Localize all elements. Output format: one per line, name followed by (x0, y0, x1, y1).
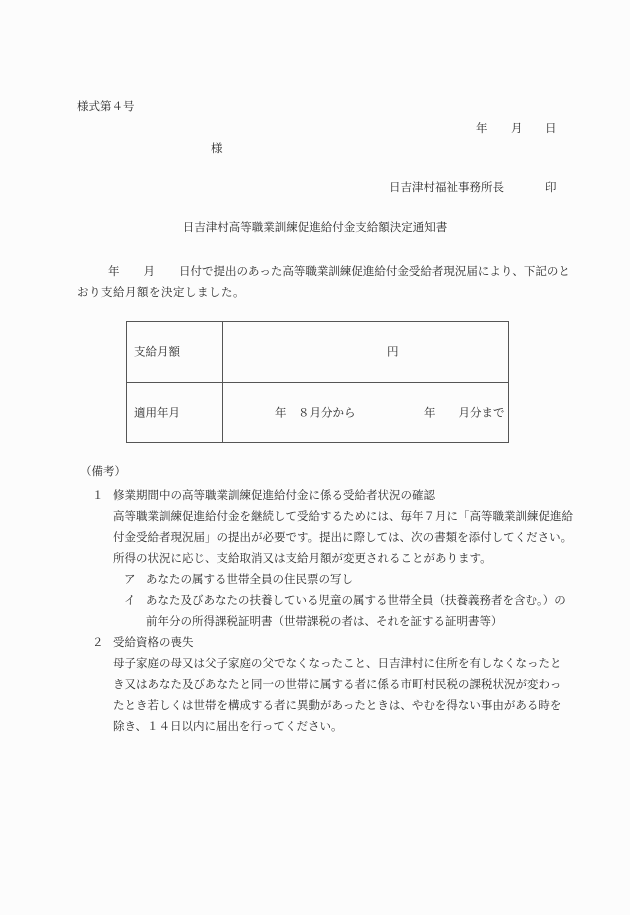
subitem-a-mark: ア (124, 574, 136, 586)
decision-table: 支給月額 円 適用年月 年 ８月分から 年 月分まで (126, 321, 509, 443)
form-number: 様式第４号 (77, 101, 135, 113)
remark-2-line: たとき若しくは世帯を構成する者に異動があったときは、やむを得ない事由がある時を (113, 700, 561, 712)
applicable-period-label: 適用年月 (134, 407, 180, 419)
remark-1-number: １ (92, 490, 104, 502)
intro-line-1: 年月日付で提出のあった高等職業訓練促進給付金受給者現況届により、下記のと (108, 266, 570, 278)
remark-1-line: 所得の状況に応じ、支給取消又は支給月額が変更されることがあります。 (113, 553, 492, 565)
subitem-a-text: あなたの属する世帯全員の住民票の写し (146, 574, 353, 586)
intro-line-1-text: 日付で提出のあった高等職業訓練促進給付金受給者現況届により、下記のと (179, 264, 570, 278)
remark-2-title: 受給資格の喪失 (113, 637, 194, 649)
monthly-amount-label: 支給月額 (134, 346, 180, 358)
date-month-label: 月 (511, 123, 523, 135)
table-row-monthly-amount: 支給月額 円 (127, 322, 508, 383)
remark-1-line: 高等職業訓練促進給付金を継続して受給するためには、毎年７月に「高等職業訓練促進給 (113, 511, 573, 523)
date-year-label: 年 (476, 123, 488, 135)
applicable-period-from: 年 ８月分から (275, 407, 356, 419)
intro-month-label: 月 (144, 264, 156, 278)
remark-1-line: 付金受給者現況届」の提出が必要です。提出に際しては、次の書類を添付してください。 (113, 532, 572, 544)
remark-2-line: き又はあなた及びあなたと同一の世帯に属する者に係る市町村民税の課税状況が変わっ (113, 679, 561, 691)
addressee-honorific: 様 (211, 143, 223, 155)
subitem-i-mark: イ (124, 595, 136, 607)
remark-2-line: 除き、１４日以内に届出を行ってください。 (113, 721, 343, 733)
applicable-period-to: 年 月分まで (424, 407, 505, 419)
intro-line-2: おり支給月額を決定しました。 (77, 287, 245, 299)
date-day-label: 日 (545, 123, 557, 135)
issuer-name: 日吉津村福祉事務所長 (389, 182, 504, 194)
remark-2-number: ２ (92, 637, 104, 649)
subitem-i-text: あなた及びあなたの扶養している児童の属する世帯全員（扶養義務者を含む。）の (146, 595, 566, 607)
remark-2-line: 母子家庭の母又は父子家庭の父でなくなったこと、日吉津村に住所を有しなくなったと (113, 658, 562, 670)
subitem-i-text: 前年分の所得課税証明書（世帯課税の者は、それを証する証明書等） (146, 616, 503, 628)
remarks-heading: （備考） (80, 466, 126, 478)
remark-1-title: 修業期間中の高等職業訓練促進給付金に係る受給者状況の確認 (113, 490, 435, 502)
monthly-amount-value: 円 (387, 346, 399, 358)
document-title: 日吉津村高等職業訓練促進給付金支給額決定通知書 (0, 222, 630, 234)
intro-year-label: 年 (108, 264, 120, 278)
table-row-applicable-period: 適用年月 年 ８月分から 年 月分まで (127, 383, 508, 443)
seal-mark: 印 (545, 182, 557, 194)
